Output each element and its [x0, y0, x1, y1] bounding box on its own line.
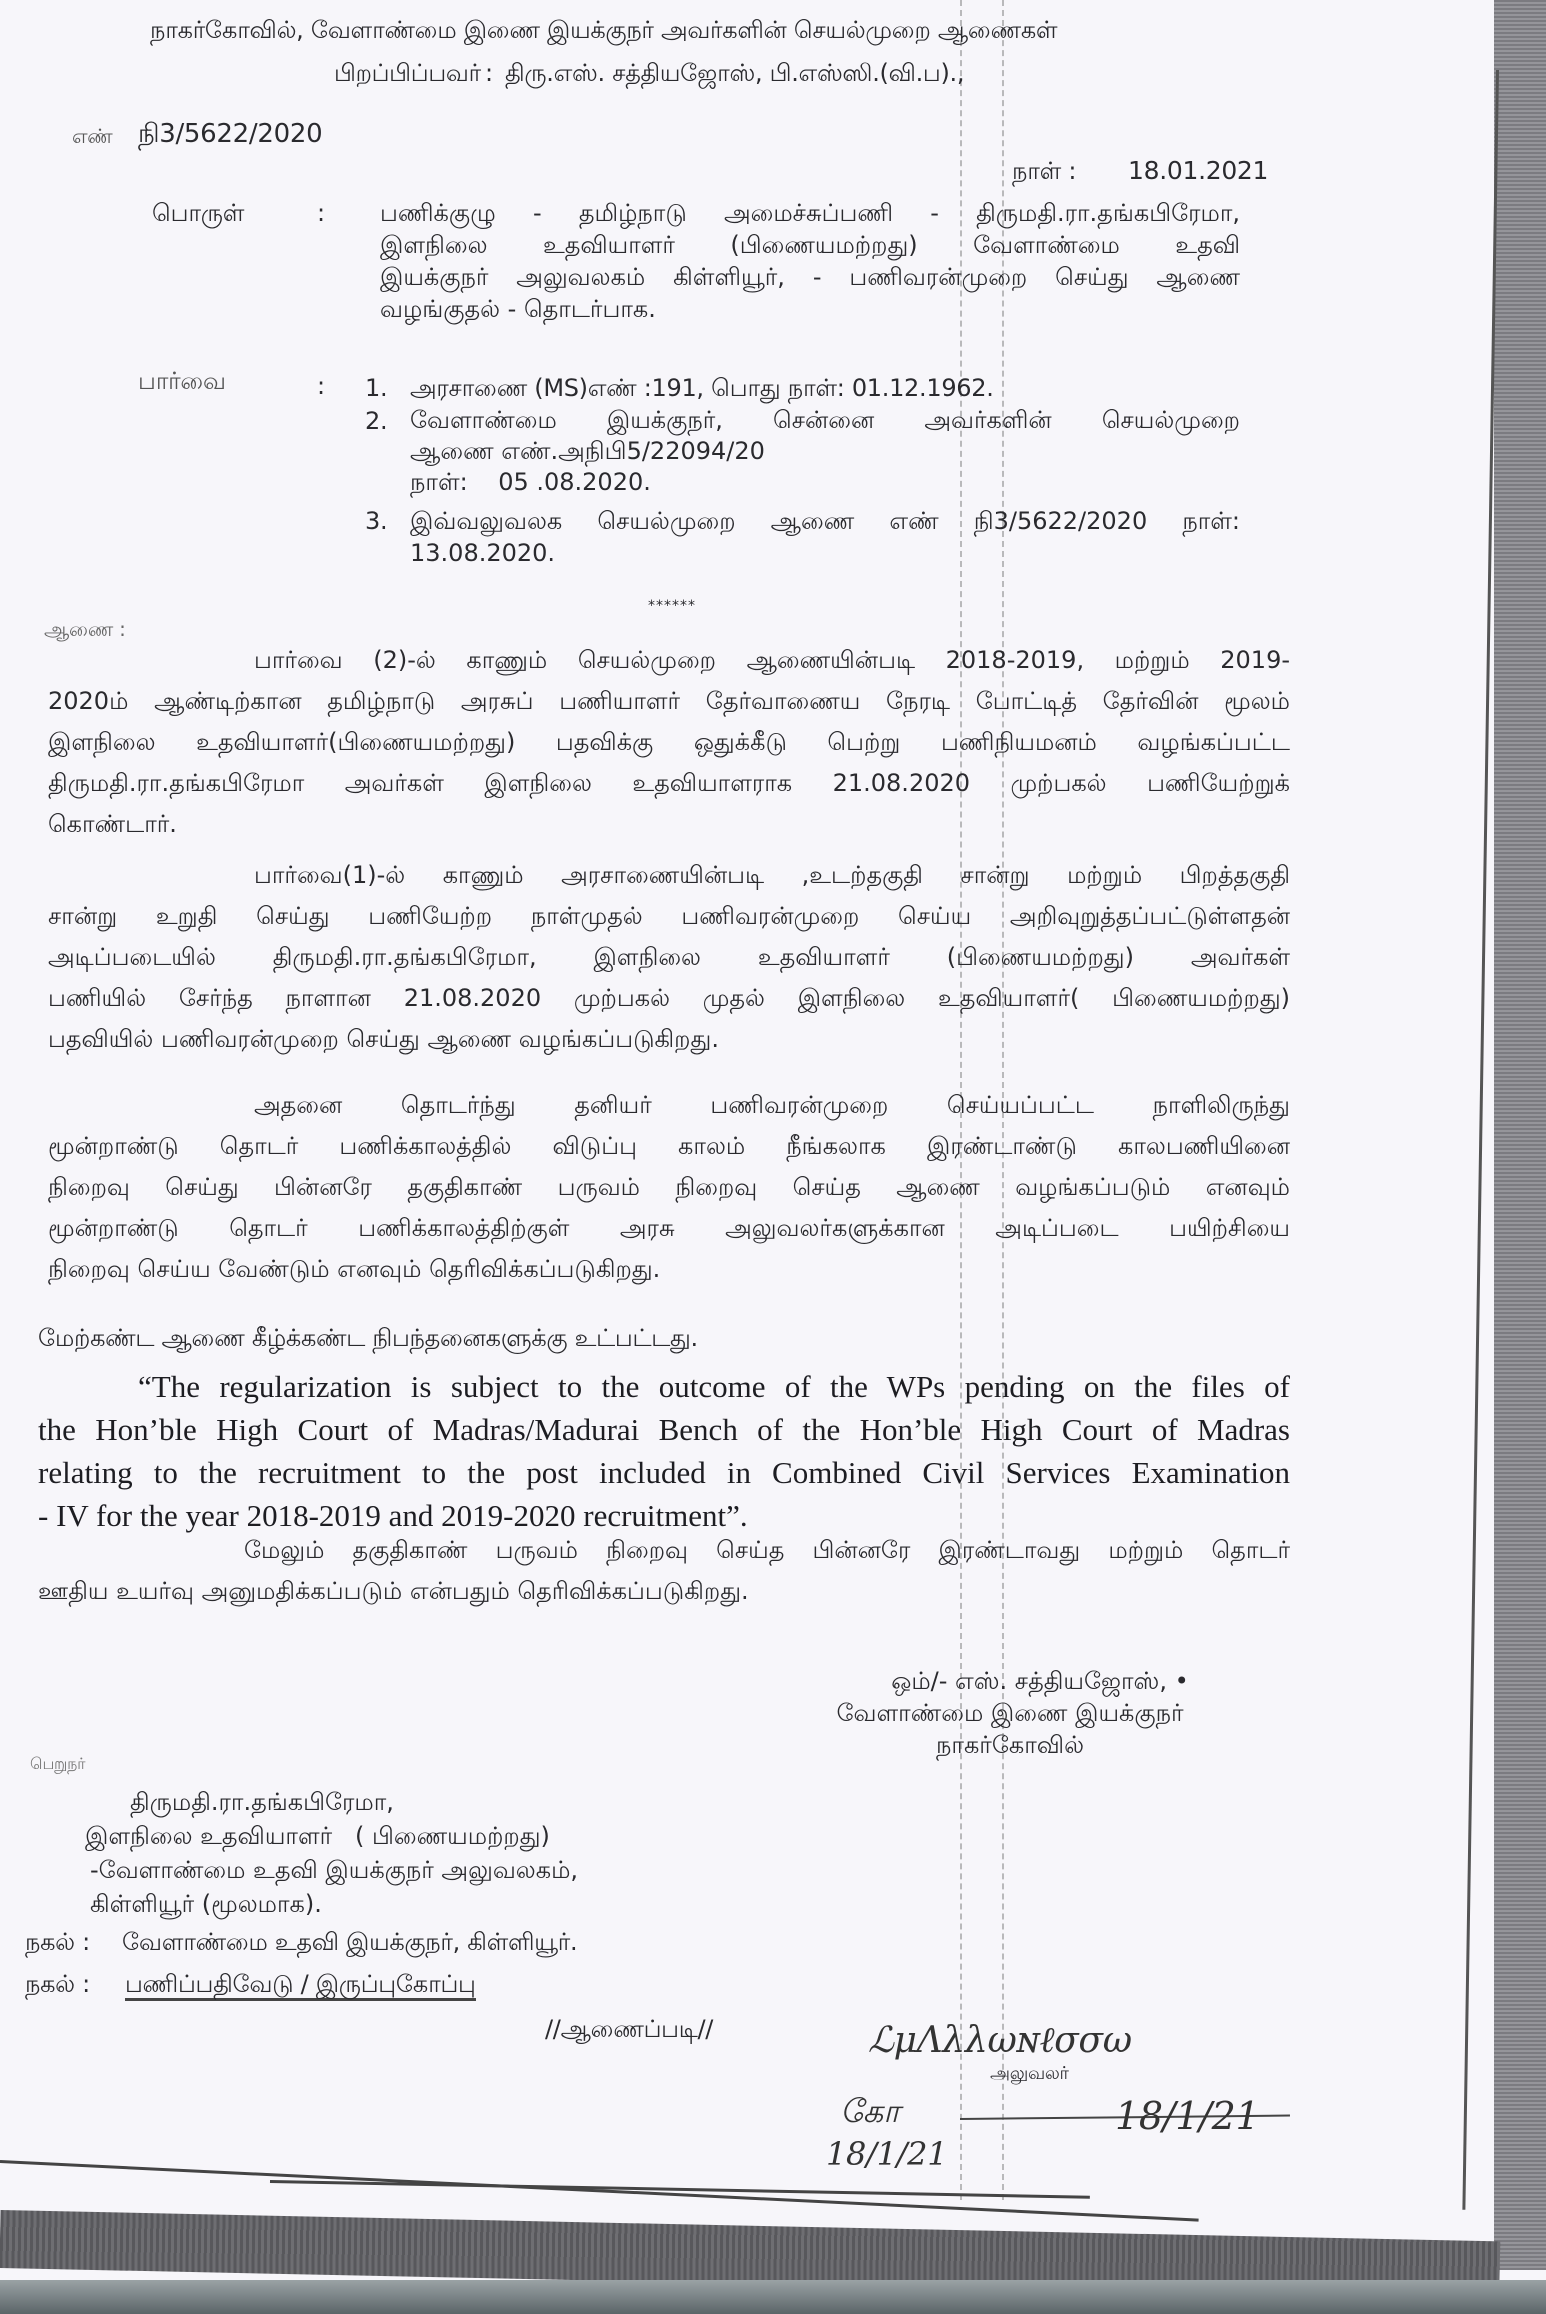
reference-number: 2.: [365, 405, 387, 437]
ref-number: நி3/5622/2020: [138, 118, 322, 150]
issued-by-separator: :: [485, 57, 493, 89]
handwritten-date: 18/1/21: [1115, 2100, 1259, 2132]
order-paragraph-1: பார்வை (2)-ல் காணும் செயல்முறை ஆணையின்பட…: [48, 640, 1290, 845]
copy-to: பணிப்பதிவேடு / இருப்புகோப்பு: [125, 1968, 476, 2000]
scanned-document-page: நாகர்கோவில், வேளாண்மை இணை இயக்குநர் அவர்…: [0, 0, 1546, 2314]
section-separator: ******: [648, 590, 696, 622]
subject-separator: :: [317, 197, 325, 229]
true-copy-marker: //ஆணைப்படி//: [545, 2013, 713, 2045]
paper-edge-line: [0, 2160, 1199, 2222]
references-separator: :: [317, 370, 325, 402]
order-paragraph-2: பார்வை(1)-ல் காணும் அரசாணையின்படி ,உடற்த…: [48, 855, 1290, 1060]
copy-to: வேளாண்மை உதவி இயக்குநர், கிள்ளியூர்.: [122, 1926, 577, 1958]
office-title: நாகர்கோவில், வேளாண்மை இணை இயக்குநர் அவர்…: [150, 14, 1057, 46]
order-date: 18.01.2021: [1128, 155, 1268, 187]
subject-text: பணிக்குழு - தமிழ்நாடு அமைச்சுப்பணி - திர…: [380, 197, 1240, 325]
conditions-intro: மேற்கண்ட ஆணை கீழ்க்கண்ட நிபந்தனைகளுக்கு …: [38, 1322, 698, 1354]
signature-block: ஒம்/- எஸ். சத்தியஜோஸ், • வேளாண்மை இணை இய…: [760, 1665, 1260, 1761]
closing-paragraph: மேலும் தகுதிகாண் பருவம் நிறைவு செய்த பின…: [38, 1530, 1290, 1612]
handwritten-date: 18/1/21: [826, 2138, 947, 2170]
recipient-address: திருமதி.ரா.தங்கபிரேமா, இளநிலை உதவியாளர் …: [85, 1785, 578, 1921]
date-label: நாள் :: [1012, 155, 1076, 187]
english-condition: “The regularization is subject to the ou…: [38, 1365, 1290, 1537]
issued-by-label: பிறப்பிப்பவர்: [334, 57, 481, 89]
issued-by: திரு.எஸ். சத்தியஜோஸ், பி.எஸ்ஸி.(வி.ப).,: [505, 57, 964, 89]
reference-item: இவ்வலுவலக செயல்முறை ஆணை எண் நி3/5622/202…: [410, 505, 1240, 569]
copy-label: நகல் :: [25, 1926, 90, 1958]
scan-edge-shadow: [1494, 0, 1546, 2270]
references-label: பார்வை: [138, 365, 226, 397]
reference-item: வேளாண்மை இயக்குநர், சென்னை அவர்களின் செய…: [410, 405, 1240, 498]
subject-label: பொருள்: [152, 197, 244, 229]
recipient-label: பெறுநர்: [30, 1748, 85, 1780]
handwritten-initials: கோ: [840, 2095, 900, 2127]
reference-number: 3.: [365, 505, 387, 537]
attesting-designation: அலுவலர்: [990, 2058, 1069, 2090]
copy-label: நகல் :: [25, 1968, 90, 2000]
reference-number: 1.: [365, 372, 387, 404]
attesting-signature: ℒμΛλλωɴℓσσω: [868, 2025, 1132, 2057]
order-paragraph-3: அதனை தொடர்ந்து தனியர் பணிவரன்முறை செய்யப…: [48, 1085, 1290, 1290]
ref-label: எண்: [72, 120, 112, 152]
reference-item: அரசாணை (MS)எண் :191, பொது நாள்: 01.12.19…: [410, 372, 994, 404]
scanner-bed: [0, 2280, 1546, 2314]
